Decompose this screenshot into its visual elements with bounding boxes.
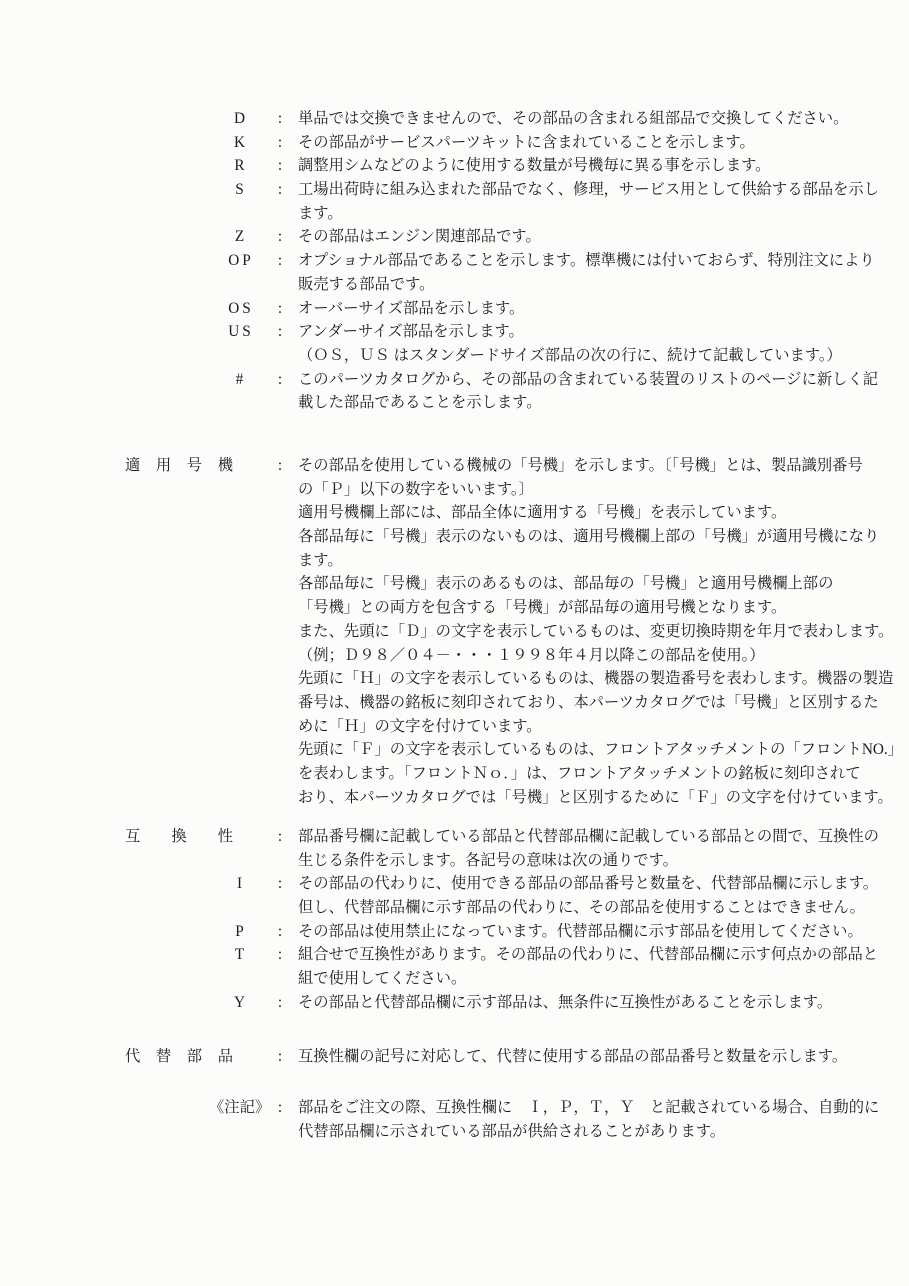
legend-line: 調整用シムなどのように使用する数量が号機毎に異る事を示します。 bbox=[298, 154, 770, 178]
section-legend-symbols: D : 単品では交換できませんので、その部品の含まれる組部品で交換してください。… bbox=[0, 107, 909, 415]
body-line: 部品番号欄に記載している部品と代替部品欄に記載している部品との間で、互換性の bbox=[298, 825, 879, 849]
section-row: を表わします。「フロントＮｏ．」は、フロントアタッチメントの銘板に刻印されて bbox=[0, 762, 909, 786]
body-line: 各部品毎に「号機」表示のないものは、適用号機欄上部の「号機」が適用号機になり bbox=[298, 525, 879, 549]
legend-row-continuation: 組で使用してください。 bbox=[0, 967, 909, 991]
legend-row: D : 単品では交換できませんので、その部品の含まれる組部品で交換してください。 bbox=[0, 107, 909, 131]
legend-row: P : その部品は使用禁止になっています。代替部品欄に示す部品を使用してください… bbox=[0, 920, 909, 944]
legend-row: S : 工場出荷時に組み込まれた部品でなく、修理，サービス用として供給する部品を… bbox=[0, 178, 909, 202]
colon: : bbox=[262, 991, 298, 1015]
legend-symbol: OP bbox=[220, 249, 262, 273]
colon: : bbox=[262, 154, 298, 178]
colon: : bbox=[262, 920, 298, 944]
section-row: 適用号機 : その部品を使用している機械の「号機」を示します。〔「号機」とは、製… bbox=[0, 454, 909, 478]
compat-symbol: T bbox=[220, 943, 262, 967]
colon: : bbox=[262, 1045, 298, 1069]
compat-symbol: P bbox=[220, 920, 262, 944]
body-line: 組で使用してください。 bbox=[298, 967, 466, 991]
body-line: 組合せで互換性があります。その部品の代わりに、代替部品欄に示す何点かの部品と bbox=[298, 943, 878, 967]
legend-line: 販売する部品です。 bbox=[298, 273, 434, 297]
legend-row: Y : その部品と代替部品欄に示す部品は、無条件に互換性があることを示します。 bbox=[0, 991, 909, 1015]
body-line: 生じる条件を示します。各記号の意味は次の通りです。 bbox=[298, 849, 678, 873]
colon: : bbox=[262, 178, 298, 202]
section-tekiyo-gouki: 適用号機 : その部品を使用している機械の「号機」を示します。〔「号機」とは、製… bbox=[0, 454, 909, 809]
section-row: おり、本パーツカタログでは「号機」と区別するために「Ｆ」の文字を付けています。 bbox=[0, 786, 909, 810]
legend-line: その部品はエンジン関連部品です。 bbox=[298, 225, 541, 249]
section-label-daitai-buhin: 代替部品 bbox=[125, 1045, 233, 1069]
compat-symbol: Y bbox=[220, 991, 262, 1015]
section-row: 各部品毎に「号機」表示のあるものは、部品毎の「号機」と適用号機欄上部の bbox=[0, 572, 909, 596]
section-row: また、先頭に「Ｄ」の文字を表示しているものは、変更切換時期を年月で表わします。 bbox=[0, 620, 909, 644]
section-daitai-buhin: 代替部品 : 互換性欄の記号に対応して、代替に使用する部品の部品番号と数量を示し… bbox=[0, 1045, 909, 1069]
body-line: その部品は使用禁止になっています。代替部品欄に示す部品を使用してください。 bbox=[298, 920, 863, 944]
section-row: 先頭に「Ｈ」の文字を表示しているものは、機器の製造番号を表わします。機器の製造 bbox=[0, 667, 909, 691]
section-row: 生じる条件を示します。各記号の意味は次の通りです。 bbox=[0, 849, 909, 873]
colon: : bbox=[262, 297, 298, 321]
body-line: 部品をご注文の際、互換性欄に Ｉ，Ｐ，Ｔ，Ｙ と記載されている場合、自動的に bbox=[298, 1096, 879, 1120]
section-row: 先頭に「Ｆ」の文字を表示しているものは、フロントアタッチメントの「フロントNO.… bbox=[0, 738, 909, 762]
body-line: 番号は、機器の銘板に刻印されており、本パーツカタログでは「号機」と区別するた bbox=[298, 691, 879, 715]
body-line: 代替部品欄に示されている部品が供給されることがあります。 bbox=[298, 1120, 725, 1144]
body-line: その部品の代わりに、使用できる部品の部品番号と数量を、代替部品欄に示します。 bbox=[298, 872, 878, 896]
colon: : bbox=[262, 368, 298, 392]
legend-row-continuation: （ＯＳ，ＵＳ はスタンダードサイズ部品の次の行に、続けて記載しています。） bbox=[0, 344, 909, 368]
section-row: 《注記》 : 部品をご注文の際、互換性欄に Ｉ，Ｐ，Ｔ，Ｙ と記載されている場合… bbox=[0, 1096, 909, 1120]
section-row: めに「Ｈ」の文字を付けています。 bbox=[0, 715, 909, 739]
legend-row: Z : その部品はエンジン関連部品です。 bbox=[0, 225, 909, 249]
legend-row: K : その部品がサービスパーツキットに含まれていることを示します。 bbox=[0, 131, 909, 155]
section-row: 互換性 : 部品番号欄に記載している部品と代替部品欄に記載している部品との間で、… bbox=[0, 825, 909, 849]
body-line: その部品と代替部品欄に示す部品は、無条件に互換性があることを示します。 bbox=[298, 991, 832, 1015]
body-line: めに「Ｈ」の文字を付けています。 bbox=[298, 715, 542, 739]
legend-row: I : その部品の代わりに、使用できる部品の部品番号と数量を、代替部品欄に示しま… bbox=[0, 872, 909, 896]
section-chuki: 《注記》 : 部品をご注文の際、互換性欄に Ｉ，Ｐ，Ｔ，Ｙ と記載されている場合… bbox=[0, 1096, 909, 1143]
section-row: 各部品毎に「号機」表示のないものは、適用号機欄上部の「号機」が適用号機になり bbox=[0, 525, 909, 549]
body-line: 互換性欄の記号に対応して、代替に使用する部品の部品番号と数量を示します。 bbox=[298, 1045, 847, 1069]
body-line: その部品を使用している機械の「号機」を示します。〔「号機」とは、製品識別番号 bbox=[298, 454, 863, 478]
legend-row-continuation: 但し、代替部品欄に示す部品の代わりに、その部品を使用することはできません。 bbox=[0, 896, 909, 920]
body-line: 但し、代替部品欄に示す部品の代わりに、その部品を使用することはできません。 bbox=[298, 896, 865, 920]
body-line: の「Ｐ」以下の数字をいいます。〕 bbox=[298, 478, 534, 502]
legend-line: （ＯＳ，ＵＳ はスタンダードサイズ部品の次の行に、続けて記載しています。） bbox=[298, 344, 842, 368]
section-row: （例；Ｄ９８／０４－・・・１９９８年４月以降この部品を使用。） bbox=[0, 644, 909, 668]
section-row: の「Ｐ」以下の数字をいいます。〕 bbox=[0, 478, 909, 502]
section-row: 番号は、機器の銘板に刻印されており、本パーツカタログでは「号機」と区別するた bbox=[0, 691, 909, 715]
body-line: （例；Ｄ９８／０４－・・・１９９８年４月以降この部品を使用。） bbox=[298, 644, 765, 668]
section-row: 代替部品 : 互換性欄の記号に対応して、代替に使用する部品の部品番号と数量を示し… bbox=[0, 1045, 909, 1069]
legend-row: OS : オーバーサイズ部品を示します。 bbox=[0, 297, 909, 321]
body-line: 適用号機欄上部には、部品全体に適用する「号機」を表示しています。 bbox=[298, 501, 786, 525]
legend-line: オーバーサイズ部品を示します。 bbox=[298, 297, 524, 321]
section-gokansei: 互換性 : 部品番号欄に記載している部品と代替部品欄に記載している部品との間で、… bbox=[0, 825, 909, 1015]
body-line: 先頭に「Ｈ」の文字を表示しているものは、機器の製造番号を表わします。機器の製造 bbox=[298, 667, 893, 691]
legend-symbol: K bbox=[220, 131, 262, 155]
legend-line: 載した部品であることを示します。 bbox=[298, 391, 542, 415]
body-line: を表わします。「フロントＮｏ．」は、フロントアタッチメントの銘板に刻印されて bbox=[298, 762, 861, 786]
legend-line: オプショナル部品であることを示します。標準機には付いておらず、特別注文により bbox=[298, 249, 875, 273]
section-row: ます。 bbox=[0, 549, 909, 573]
section-label-tekiyo-gouki: 適用号機 bbox=[125, 454, 233, 478]
legend-line: アンダーサイズ部品を示します。 bbox=[298, 320, 524, 344]
legend-symbol: R bbox=[220, 154, 262, 178]
legend-symbol: US bbox=[220, 320, 262, 344]
legend-line: 単品では交換できませんので、その部品の含まれる組部品で交換してください。 bbox=[298, 107, 848, 131]
legend-line: このパーツカタログから、その部品の含まれている装置のリストのページに新しく記 bbox=[298, 368, 878, 392]
legend-row-continuation: ます。 bbox=[0, 202, 909, 226]
legend-row: T : 組合せで互換性があります。その部品の代わりに、代替部品欄に示す何点かの部… bbox=[0, 943, 909, 967]
body-line: おり、本パーツカタログでは「号機」と区別するために「Ｆ」の文字を付けています。 bbox=[298, 786, 893, 810]
legend-symbol: S bbox=[220, 178, 262, 202]
colon: : bbox=[262, 249, 298, 273]
colon: : bbox=[262, 943, 298, 967]
legend-row: US : アンダーサイズ部品を示します。 bbox=[0, 320, 909, 344]
body-line: 各部品毎に「号機」表示のあるものは、部品毎の「号機」と適用号機欄上部の bbox=[298, 572, 833, 596]
legend-row: R : 調整用シムなどのように使用する数量が号機毎に異る事を示します。 bbox=[0, 154, 909, 178]
compat-symbol: I bbox=[220, 872, 262, 896]
legend-symbol: # bbox=[220, 368, 262, 392]
legend-symbol: Z bbox=[220, 225, 262, 249]
colon: : bbox=[262, 825, 298, 849]
section-row: 「号機」との両方を包含する「号機」が部品毎の適用号機となります。 bbox=[0, 596, 909, 620]
legend-row: # : このパーツカタログから、その部品の含まれている装置のリストのページに新し… bbox=[0, 368, 909, 392]
legend-symbol: D bbox=[220, 107, 262, 131]
colon: : bbox=[262, 320, 298, 344]
colon: : bbox=[262, 872, 298, 896]
body-line: ます。 bbox=[298, 549, 343, 573]
body-line: 先頭に「Ｆ」の文字を表示しているものは、フロントアタッチメントの「フロントNO.… bbox=[298, 738, 903, 762]
colon: : bbox=[262, 454, 298, 478]
legend-line: ます。 bbox=[298, 202, 343, 226]
scanned-parts-catalog-legend-page: D : 単品では交換できませんので、その部品の含まれる組部品で交換してください。… bbox=[0, 0, 909, 1286]
colon: : bbox=[262, 1096, 298, 1120]
body-line: また、先頭に「Ｄ」の文字を表示しているものは、変更切換時期を年月で表わします。 bbox=[298, 620, 893, 644]
legend-line: その部品がサービスパーツキットに含まれていることを示します。 bbox=[298, 131, 755, 155]
colon: : bbox=[262, 225, 298, 249]
section-row: 代替部品欄に示されている部品が供給されることがあります。 bbox=[0, 1120, 909, 1144]
legend-row-continuation: 載した部品であることを示します。 bbox=[0, 391, 909, 415]
colon: : bbox=[262, 107, 298, 131]
colon: : bbox=[262, 131, 298, 155]
section-row: 適用号機欄上部には、部品全体に適用する「号機」を表示しています。 bbox=[0, 501, 909, 525]
section-label-gokansei: 互換性 bbox=[125, 825, 233, 849]
body-line: 「号機」との両方を包含する「号機」が部品毎の適用号機となります。 bbox=[298, 596, 786, 620]
legend-row-continuation: 販売する部品です。 bbox=[0, 273, 909, 297]
legend-line: 工場出荷時に組み込まれた部品でなく、修理，サービス用として供給する部品を示し bbox=[298, 178, 879, 202]
legend-row: OP : オプショナル部品であることを示します。標準機には付いておらず、特別注文… bbox=[0, 249, 909, 273]
legend-symbol: OS bbox=[220, 297, 262, 321]
